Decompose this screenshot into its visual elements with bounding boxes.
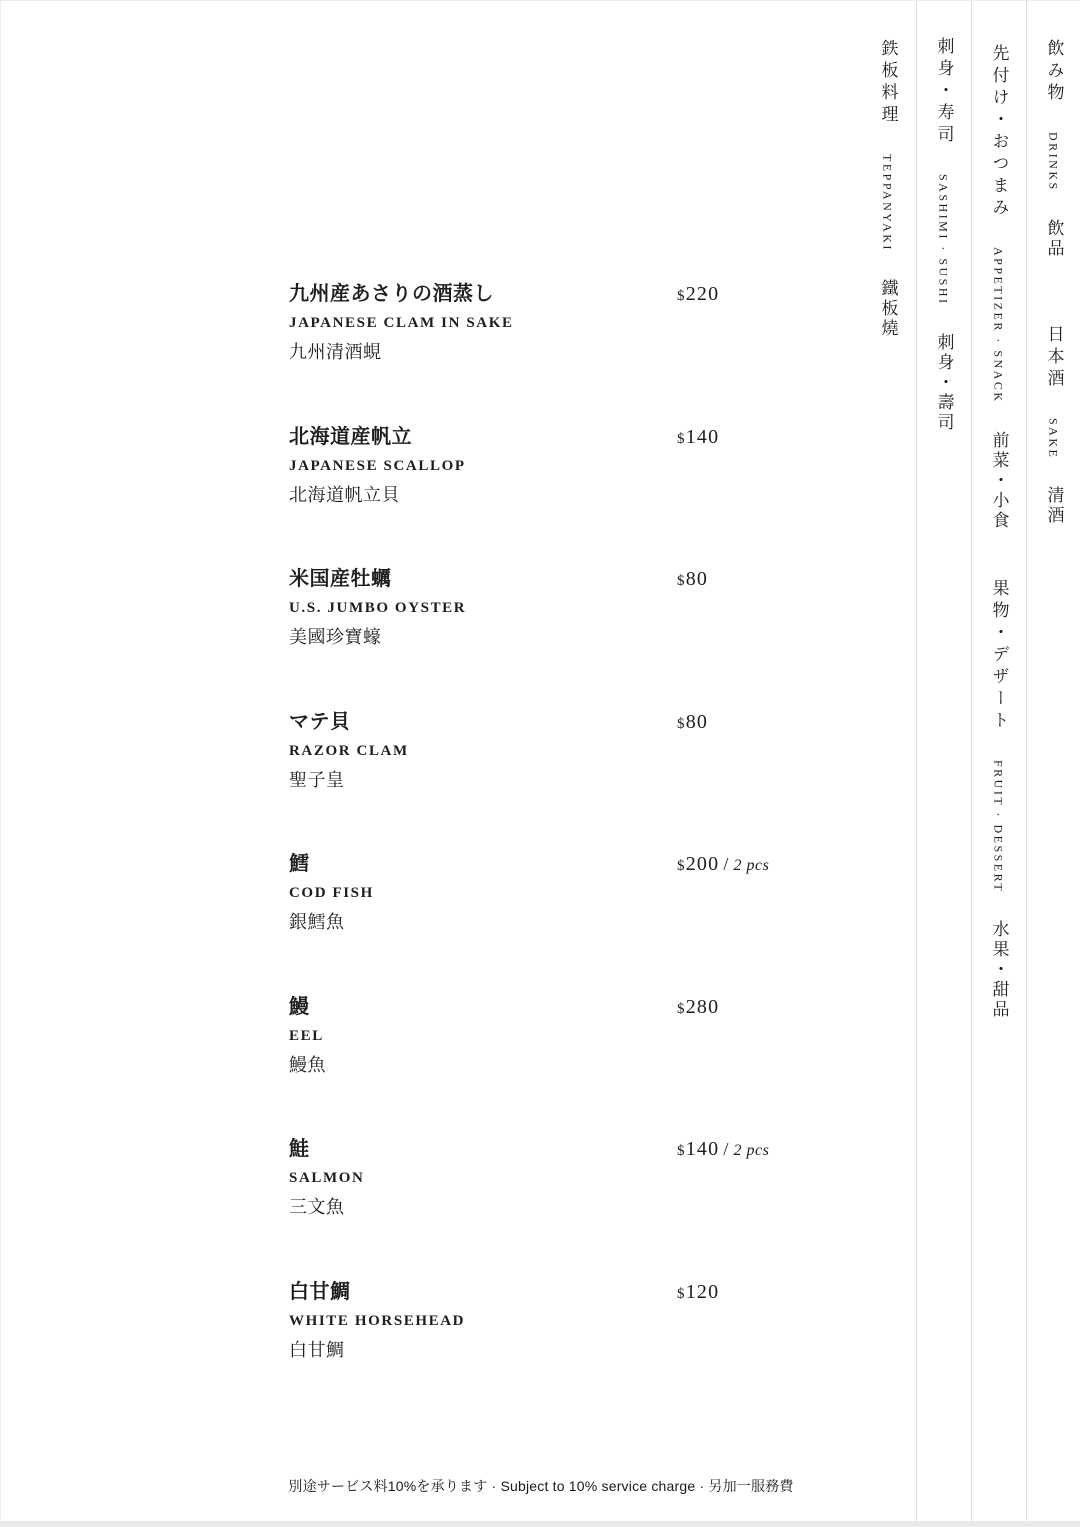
tab-teppanyaki[interactable]: 鉄板料理TEPPANYAKI鐵板燒: [861, 1, 915, 1521]
tab-label-chinese: 刺身・壽司: [935, 333, 954, 433]
tab-group-appetizer-dessert-0[interactable]: 先付け・おつまみAPPETIZER · SNACK前菜・小食: [987, 44, 1012, 531]
item-name-chinese: 北海道帆立貝: [289, 483, 849, 507]
tab-label-japanese: 先付け・おつまみ: [990, 44, 1009, 220]
item-name-chinese: 聖子皇: [289, 768, 849, 792]
item-name-english: COD FISH: [289, 885, 849, 902]
price-value: 140: [686, 426, 720, 448]
price-value: 80: [686, 711, 708, 733]
currency-symbol: $: [677, 1286, 686, 1302]
tab-label-english: TEPPANYAKI: [881, 154, 895, 252]
tab-label-chinese: 前菜・小食: [990, 431, 1009, 531]
tab-label-english: SAKE: [1047, 418, 1061, 459]
currency-symbol: $: [677, 573, 686, 589]
item-name-chinese: 九州清酒蜆: [289, 340, 849, 364]
tab-label-english: SASHIMI · SUSHI: [937, 174, 951, 306]
item-price: $80: [677, 711, 708, 734]
tab-appetizer-dessert[interactable]: 先付け・おつまみAPPETIZER · SNACK前菜・小食 果物・デザートFR…: [971, 1, 1026, 1521]
tab-drinks-sake[interactable]: 飲み物DRINKS飲品 日本酒SAKE清酒: [1026, 1, 1080, 1521]
item-name-japanese: 米国産牡蠣: [289, 566, 849, 592]
tab-label-english: FRUIT · DESSERT: [992, 760, 1006, 893]
menu-item: 九州産あさりの酒蒸し JAPANESE CLAM IN SAKE 九州清酒蜆 $…: [289, 281, 849, 364]
item-name-chinese: 美國珍寶蠔: [289, 625, 849, 649]
item-price: $120: [677, 1281, 719, 1304]
page-bottom-edge: [1, 1521, 1080, 1527]
item-name-chinese: 銀鱈魚: [289, 910, 849, 934]
item-name-chinese: 白甘鯛: [289, 1338, 849, 1362]
item-name-english: EEL: [289, 1028, 849, 1045]
menu-item: 鮭 SALMON 三文魚 $140/2 pcs: [289, 1136, 849, 1219]
price-value: 120: [686, 1281, 720, 1303]
price-value: 200: [686, 853, 720, 875]
item-price: $80: [677, 568, 708, 591]
currency-symbol: $: [677, 1143, 686, 1159]
tab-label-japanese: 日本酒: [1045, 325, 1064, 391]
price-value: 280: [686, 996, 720, 1018]
tab-label-japanese: 刺身・寿司: [935, 37, 954, 147]
tab-label-english: APPETIZER · SNACK: [992, 247, 1006, 404]
currency-symbol: $: [677, 1001, 686, 1017]
price-unit: 2 pcs: [734, 857, 770, 874]
item-price: $200/2 pcs: [677, 853, 769, 876]
tab-group-drinks-sake-0[interactable]: 飲み物DRINKS飲品: [1042, 39, 1067, 259]
item-price: $220: [677, 283, 719, 306]
item-name-english: JAPANESE SCALLOP: [289, 458, 849, 475]
item-name-japanese: 九州産あさりの酒蒸し: [289, 281, 849, 307]
menu-page: 九州産あさりの酒蒸し JAPANESE CLAM IN SAKE 九州清酒蜆 $…: [0, 0, 1080, 1527]
price-unit-separator: /: [719, 854, 733, 874]
tab-label-japanese: 鉄板料理: [879, 39, 898, 127]
menu-item: 鱈 COD FISH 銀鱈魚 $200/2 pcs: [289, 851, 849, 934]
currency-symbol: $: [677, 288, 686, 304]
item-name-japanese: 北海道産帆立: [289, 424, 849, 450]
item-name-japanese: 白甘鯛: [289, 1279, 849, 1305]
price-unit: 2 pcs: [734, 1142, 770, 1159]
price-value: 220: [686, 283, 720, 305]
menu-item: 米国産牡蠣 U.S. JUMBO OYSTER 美國珍寶蠔 $80: [289, 566, 849, 649]
tab-label-chinese: 清酒: [1045, 486, 1064, 526]
item-price: $140: [677, 426, 719, 449]
item-name-japanese: 鰻: [289, 994, 849, 1020]
currency-symbol: $: [677, 431, 686, 447]
menu-item: 白甘鯛 WHITE HORSEHEAD 白甘鯛 $120: [289, 1279, 849, 1362]
item-name-chinese: 三文魚: [289, 1195, 849, 1219]
price-value: 80: [686, 568, 708, 590]
tab-label-chinese: 鐵板燒: [879, 279, 898, 339]
currency-symbol: $: [677, 858, 686, 874]
tab-label-chinese: 水果・甜品: [990, 920, 1009, 1020]
price-value: 140: [686, 1138, 720, 1160]
item-price: $140/2 pcs: [677, 1138, 769, 1161]
item-name-japanese: マテ貝: [289, 709, 849, 735]
tab-group-appetizer-dessert-1[interactable]: 果物・デザートFRUIT · DESSERT水果・甜品: [987, 579, 1012, 1020]
tab-label-chinese: 飲品: [1045, 219, 1064, 259]
currency-symbol: $: [677, 716, 686, 732]
menu-item: マテ貝 RAZOR CLAM 聖子皇 $80: [289, 709, 849, 792]
price-unit-separator: /: [719, 1139, 733, 1159]
tab-label-japanese: 飲み物: [1045, 39, 1064, 105]
menu-item: 鰻 EEL 鰻魚 $280: [289, 994, 849, 1077]
tab-sashimi-sushi[interactable]: 刺身・寿司SASHIMI · SUSHI刺身・壽司: [916, 1, 971, 1521]
tab-group-drinks-sake-1[interactable]: 日本酒SAKE清酒: [1042, 325, 1067, 526]
item-name-english: SALMON: [289, 1170, 849, 1187]
item-name-english: RAZOR CLAM: [289, 743, 849, 760]
item-name-english: WHITE HORSEHEAD: [289, 1313, 849, 1330]
menu-items: 九州産あさりの酒蒸し JAPANESE CLAM IN SAKE 九州清酒蜆 $…: [1, 1, 861, 1521]
tab-label-english: DRINKS: [1047, 132, 1061, 192]
service-charge-note: 別途サービス料10%を承ります · Subject to 10% service…: [1, 1476, 1080, 1496]
tab-group-sashimi-sushi-0[interactable]: 刺身・寿司SASHIMI · SUSHI刺身・壽司: [932, 37, 957, 433]
menu-item: 北海道産帆立 JAPANESE SCALLOP 北海道帆立貝 $140: [289, 424, 849, 507]
item-name-english: U.S. JUMBO OYSTER: [289, 600, 849, 617]
item-name-english: JAPANESE CLAM IN SAKE: [289, 315, 849, 332]
tab-group-teppanyaki-0[interactable]: 鉄板料理TEPPANYAKI鐵板燒: [876, 39, 901, 339]
item-price: $280: [677, 996, 719, 1019]
tab-label-japanese: 果物・デザート: [990, 579, 1009, 733]
item-name-chinese: 鰻魚: [289, 1053, 849, 1077]
